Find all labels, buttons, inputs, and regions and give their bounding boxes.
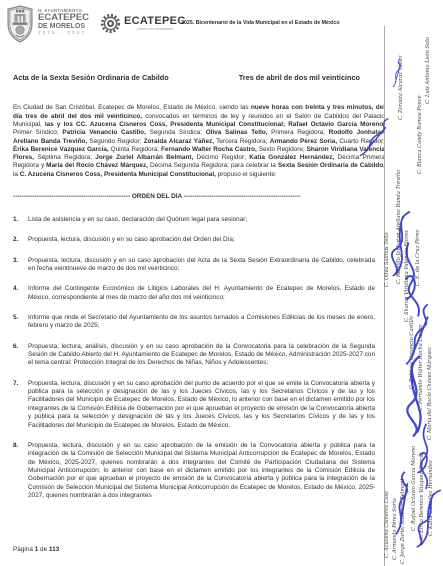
agenda-item-number: 4. xyxy=(13,285,24,302)
agenda-item-number: 5. xyxy=(13,314,24,331)
agenda-item-number: 3. xyxy=(13,257,24,274)
agenda-item-text: Propuesta, lectura, discusión y en su ca… xyxy=(28,257,375,274)
intro-bold-segment: María del Rocío Chávez Márquez, xyxy=(46,162,148,169)
session-date: Tres de abril de dos mil veinticinco xyxy=(239,73,360,82)
intro-bold-segment: Zoraida Alcaraz Yáñez, xyxy=(144,138,214,145)
intro-segment: Décimo Regidor; xyxy=(193,154,249,161)
intro-bold-segment: las y los CC. Azucena Cisneros Coss, Pre… xyxy=(45,121,385,128)
intro-bold-segment: Patricia Venancio Castillo, xyxy=(62,129,145,136)
intro-bold-segment: Érika Berenice Vázquez García, xyxy=(13,146,109,153)
page-footer: Página 1 de 113 xyxy=(13,546,59,553)
intro-bold-segment: Fernando Walter Rocha Castro, xyxy=(161,146,257,153)
intro-bold-segment: C. Azucena Cisneros Coss, Presidenta Mun… xyxy=(20,171,216,178)
brand-name: ECATEPEC xyxy=(124,16,185,27)
agenda-item-text: Propuesta, lectura, análisis, discusión … xyxy=(28,343,375,368)
ecatepec-brand-logo: ECATEPEC ¡Servir con honestidad! xyxy=(100,13,185,34)
intro-segment: En Ciudad de San Cristóbal, Ecatepec de … xyxy=(13,104,251,111)
intro-segment: Tercera Regidora; xyxy=(214,138,270,145)
signature-name: C. Blanca Candy Ramos Ponce xyxy=(418,70,423,174)
intro-segment: propuso el siguiente: xyxy=(216,171,277,178)
intro-segment: la xyxy=(13,171,20,178)
agenda-item-number: 2. xyxy=(13,236,24,244)
intro-segment: Segundo Regidor; xyxy=(87,138,144,145)
orden-dashes-right: ----------------------------------------… xyxy=(184,193,301,200)
document-page: H. AYUNTAMIENTO ECATEPEC DE MORELOS 2025… xyxy=(0,0,443,566)
agenda-item: 3.Propuesta, lectura, discusión y en su … xyxy=(13,257,385,274)
agenda-item-text: Propuesta, lectura, discusión y en su ca… xyxy=(28,442,375,500)
bicentennial-motto: 2025. Bicentenario de la Vida Municipal … xyxy=(181,20,340,26)
footer-label: Página xyxy=(13,546,35,553)
intro-bold-segment: Armando Pérez Soria, xyxy=(270,138,337,145)
municipal-crest: H. AYUNTAMIENTO ECATEPEC DE MORELOS 2025… xyxy=(5,5,89,43)
intro-segment: Segunda Síndica; xyxy=(146,129,206,136)
agenda-item-text: Propuesta, lectura, discusión y en su ca… xyxy=(28,380,375,430)
orden-dashes-left: ----------------------------------------… xyxy=(13,193,130,200)
brand-tagline: ¡Servir con honestidad! xyxy=(136,28,173,32)
agenda-item: 7.Propuesta, lectura, discusión y en su … xyxy=(13,380,385,430)
agenda-item: 6.Propuesta, lectura, análisis, discusió… xyxy=(13,343,385,368)
intro-paragraph: En Ciudad de San Cristóbal, Ecatepec de … xyxy=(13,104,385,179)
intro-segment: Primer Síndico; xyxy=(13,129,62,136)
intro-bold-segment: Jorge Zuriel Albarrán Belmant, xyxy=(95,154,193,161)
intro-bold-segment: Oliva Salinas Tello, xyxy=(206,129,268,136)
agenda-item: 5.Informe que rinde el Secretario del Ay… xyxy=(13,314,385,331)
agenda-item-number: 1. xyxy=(13,216,24,224)
coat-of-arms-icon xyxy=(5,5,35,43)
agenda-item-text: Informe que rinde el Secretario del Ayun… xyxy=(28,314,375,331)
intro-segment: Séptima Regidora; xyxy=(34,154,95,161)
agenda-item: 2.Propuesta, lectura, discusión y en su … xyxy=(13,236,385,244)
intro-bold-segment: Katia González Hernández, xyxy=(249,154,334,161)
agenda-item: 4.Informe del Contingente Económico de L… xyxy=(13,285,385,302)
agenda-item-number: 6. xyxy=(13,343,24,368)
intro-segment: Décima Segunda Regidora; para celebrar l… xyxy=(148,162,278,169)
orden-del-dia-heading: ----------------------------------------… xyxy=(13,193,385,200)
agenda-item: 1.Lista de asistencia y en su caso, decl… xyxy=(13,216,385,224)
gear-icon xyxy=(100,13,121,34)
agenda-item-number: 7. xyxy=(13,380,24,430)
agenda-item-text: Informe del Contingente Económico de Lit… xyxy=(28,285,375,302)
agenda-list: 1.Lista de asistencia y en su caso, decl… xyxy=(13,216,385,512)
intro-segment: Quinta Regidora; xyxy=(109,146,161,153)
crest-years: 2025 - 2027 xyxy=(38,31,89,36)
signature-name: C. Luis Antonio León Soto xyxy=(426,8,431,104)
intro-segment: Sexto Regidore; xyxy=(257,146,307,153)
agenda-item: 8.Propuesta, lectura, discusión y en su … xyxy=(13,442,385,500)
agenda-item-number: 8. xyxy=(13,442,24,500)
footer-of: de xyxy=(38,546,49,553)
document-title-row: Acta de la Sexta Sesión Ordinaria de Cab… xyxy=(13,73,360,82)
agenda-item-text: Lista de asistencia y en su caso, declar… xyxy=(28,216,375,224)
crest-line-ecatepec: ECATEPEC xyxy=(38,13,89,23)
footer-total-pages: 113 xyxy=(49,546,59,553)
orden-label: ORDEN DEL DÍA xyxy=(130,193,184,200)
agenda-item-text: Propuesta, lectura, discusión y en su ca… xyxy=(28,236,375,244)
crest-line-de-morelos: DE MORELOS xyxy=(38,23,89,30)
signature-ink-flourish xyxy=(391,56,404,92)
intro-segment: Primera Regidora; xyxy=(267,129,328,136)
session-title: Acta de la Sexta Sesión Ordinaria de Cab… xyxy=(13,73,169,82)
